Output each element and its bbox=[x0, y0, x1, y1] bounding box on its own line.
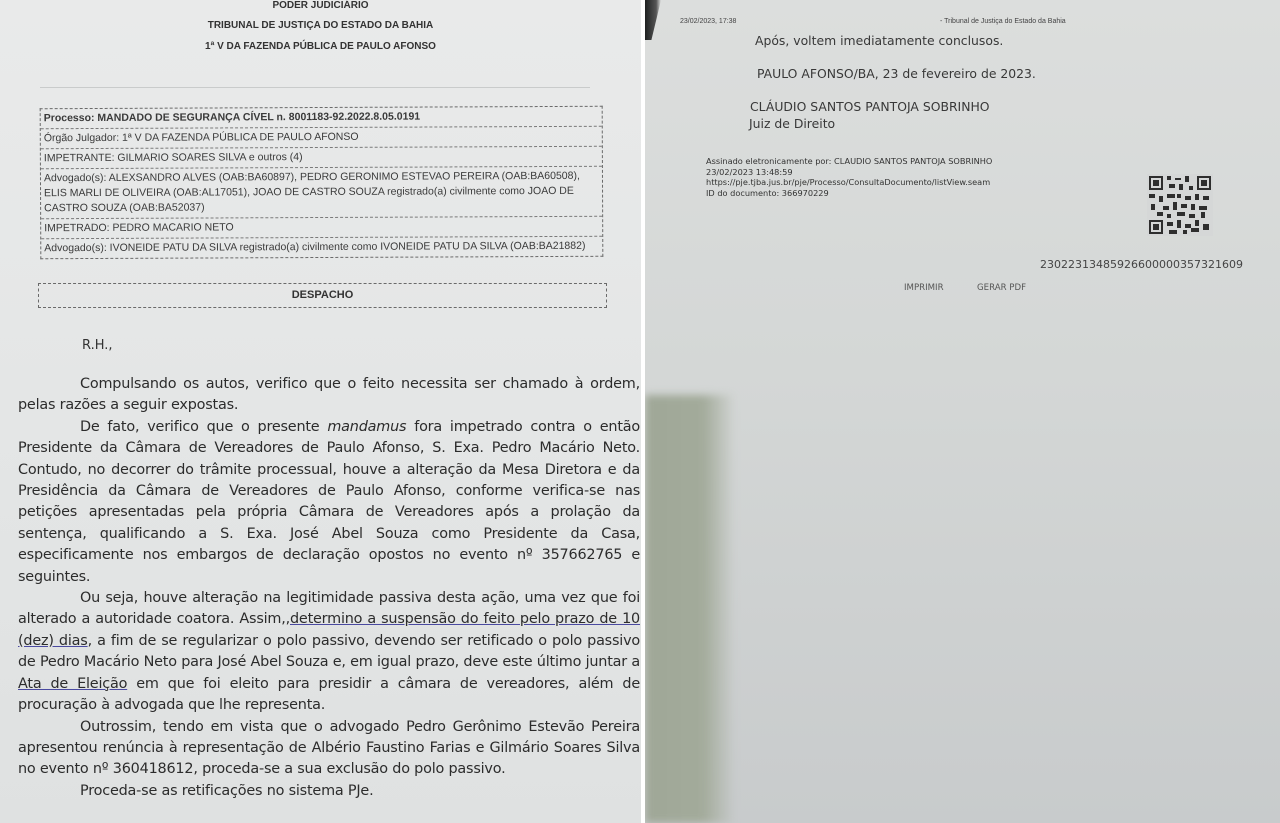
closing-line: Após, voltem imediatamente conclusos. bbox=[755, 33, 1003, 48]
hand-shadow bbox=[645, 395, 735, 823]
respondent: IMPETRADO: PEDRO MACARIO NETO bbox=[41, 217, 602, 239]
paragraph-1: Compulsando os autos, verifico que o fei… bbox=[18, 374, 640, 417]
header-judiciary: PODER JUDICIÁRIO bbox=[0, 0, 641, 11]
document-id: ID do documento: 366970229 bbox=[706, 188, 992, 199]
paragraph-4: Outrossim, tendo em vista que o advogado… bbox=[18, 717, 640, 781]
barcode-number: 23022313485926600000357321609 bbox=[1040, 258, 1243, 271]
judge-name: CLÁUDIO SANTOS PANTOJA SOBRINHO bbox=[750, 99, 990, 114]
page-fold-shadow bbox=[645, 0, 661, 40]
paragraph-3: Ou seja, houve alteração na legitimidade… bbox=[18, 588, 640, 716]
left-document-photo: PODER JUDICIÁRIO TRIBUNAL DE JUSTIÇA DO … bbox=[0, 0, 641, 823]
respondent-lawyers: Advogado(s): IVONEIDE PATU DA SILVA regi… bbox=[41, 237, 602, 258]
process-info-box: Processo: MANDADO DE SEGURANÇA CÍVEL n. … bbox=[40, 106, 604, 259]
process-number: Processo: MANDADO DE SEGURANÇA CÍVEL n. … bbox=[41, 107, 602, 129]
header-tribunal: TRIBUNAL DE JUSTIÇA DO ESTADO DA BAHIA bbox=[0, 20, 641, 31]
paragraph-2-italic: mandamus bbox=[327, 419, 406, 435]
signed-by: Assinado eletronicamente por: CLAUDIO SA… bbox=[706, 156, 992, 167]
petitioner: IMPETRANTE: GILMARIO SOARES SILVA e outr… bbox=[41, 147, 602, 169]
generate-pdf-button[interactable]: GERAR PDF bbox=[977, 283, 1026, 293]
print-button[interactable]: IMPRIMIR bbox=[904, 283, 944, 293]
electronic-signature: Assinado eletronicamente por: CLAUDIO SA… bbox=[706, 156, 992, 198]
qr-code-icon bbox=[1147, 174, 1213, 236]
dispatch-body: Compulsando os autos, verifico que o fei… bbox=[18, 374, 640, 802]
place-date: PAULO AFONSO/BA, 23 de fevereiro de 2023… bbox=[757, 66, 1036, 81]
paragraph-3-text-b: , a fim de se regularizar o polo passivo… bbox=[18, 633, 640, 670]
right-document-photo bbox=[645, 0, 1280, 823]
paragraph-2: De fato, verifico que o presente mandamu… bbox=[18, 417, 640, 588]
greeting: R.H., bbox=[82, 338, 113, 353]
judge-title: Juiz de Direito bbox=[749, 116, 835, 131]
judging-body: Órgão Julgador: 1ª V DA FAZENDA PÚBLICA … bbox=[41, 127, 602, 149]
paragraph-2-text-b: fora impetrado contra o então Presidente… bbox=[18, 419, 640, 585]
section-title: DESPACHO bbox=[38, 283, 607, 308]
header-court: 1ª V DA FAZENDA PÚBLICA DE PAULO AFONSO bbox=[0, 41, 641, 52]
print-datetime: 23/02/2023, 17:38 bbox=[680, 18, 736, 25]
paragraph-2-text-a: De fato, verifico que o presente bbox=[80, 419, 327, 435]
paragraph-3-underlined-ata: Ata de Eleição bbox=[18, 676, 127, 692]
print-source: - Tribunal de Justiça do Estado da Bahia bbox=[940, 18, 1066, 25]
header-divider bbox=[40, 87, 590, 88]
verification-url[interactable]: https://pje.tjba.jus.br/pje/Processo/Con… bbox=[706, 177, 992, 188]
paragraph-5: Proceda-se as retificações no sistema PJ… bbox=[18, 781, 640, 802]
signed-at: 23/02/2023 13:48:59 bbox=[706, 167, 992, 178]
petitioner-lawyers: Advogado(s): ALEXSANDRO ALVES (OAB:BA608… bbox=[41, 167, 602, 219]
